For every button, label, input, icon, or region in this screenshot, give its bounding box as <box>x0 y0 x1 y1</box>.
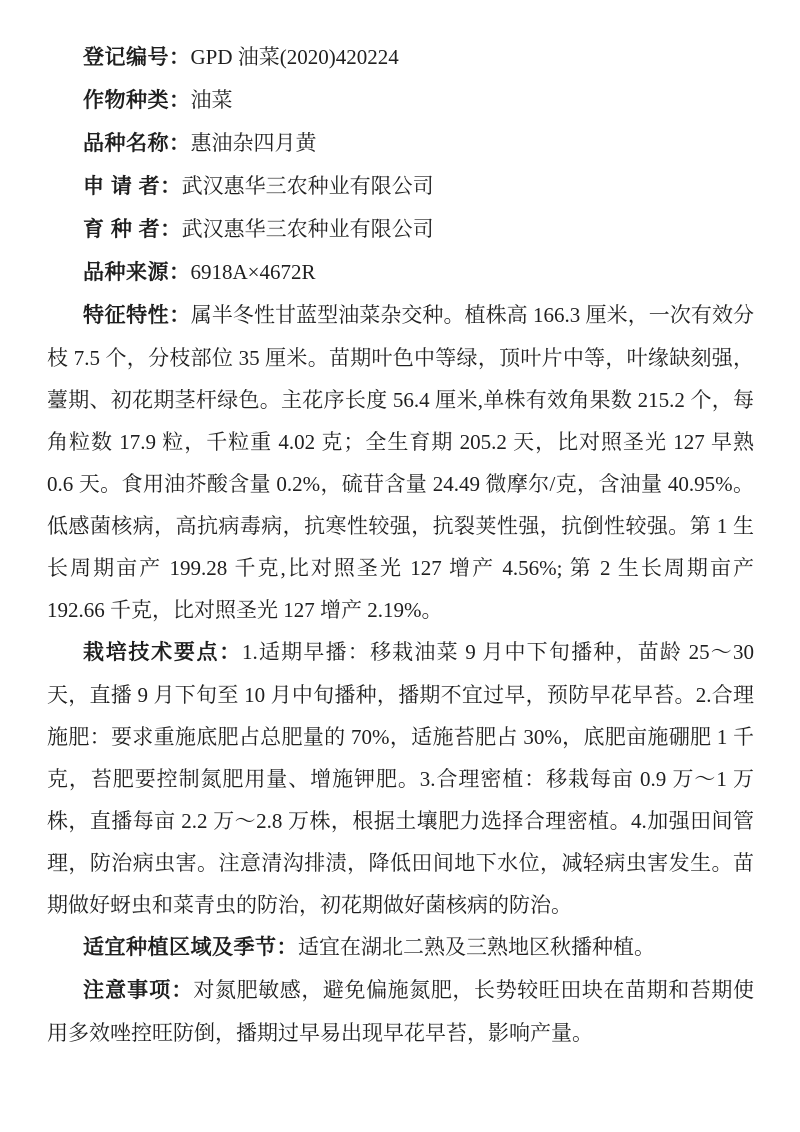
paragraph-suitable-region-text: 适宜在湖北二熟及三熟地区秋播种植。 <box>298 935 655 959</box>
field-variety-source-value: 6918A×4672R <box>191 260 316 284</box>
field-applicant-value: 武汉惠华三农种业有限公司 <box>182 174 434 198</box>
paragraph-characteristics-text: 属半冬性甘蓝型油菜杂交种。植株高 166.3 厘米，一次有效分枝 7.5 个，分… <box>47 303 754 622</box>
field-variety-source-label: 品种来源： <box>83 261 191 284</box>
field-variety-name-label: 品种名称： <box>83 132 191 155</box>
field-crop-type-label: 作物种类： <box>83 89 191 112</box>
paragraph-characteristics-label: 特征特性： <box>83 304 191 327</box>
field-registration-number-label: 登记编号： <box>83 46 191 69</box>
paragraph-suitable-region-label: 适宜种植区域及季节： <box>83 936 298 959</box>
field-applicant-label: 申 请 者： <box>83 175 182 198</box>
field-variety-name-value: 惠油杂四月黄 <box>191 131 317 155</box>
field-registration-number: 登记编号：GPD 油菜(2020)420224 <box>47 36 754 79</box>
paragraph-characteristics: 特征特性：属半冬性甘蓝型油菜杂交种。植株高 166.3 厘米，一次有效分枝 7.… <box>47 294 754 631</box>
field-registration-number-value: GPD 油菜(2020)420224 <box>191 45 399 69</box>
paragraph-cultivation-points: 栽培技术要点：1.适期早播：移栽油菜 9 月中下旬播种，苗龄 25～30 天，直… <box>47 631 754 926</box>
paragraph-notes: 注意事项：对氮肥敏感，避免偏施氮肥，长势较旺田块在苗期和苔期使用多效唑控旺防倒，… <box>47 969 754 1054</box>
field-breeder: 育 种 者：武汉惠华三农种业有限公司 <box>47 208 754 251</box>
field-applicant: 申 请 者：武汉惠华三农种业有限公司 <box>47 165 754 208</box>
paragraph-suitable-region: 适宜种植区域及季节：适宜在湖北二熟及三熟地区秋播种植。 <box>47 926 754 969</box>
field-variety-name: 品种名称：惠油杂四月黄 <box>47 122 754 165</box>
field-breeder-label: 育 种 者： <box>83 218 182 241</box>
field-crop-type: 作物种类：油菜 <box>47 79 754 122</box>
paragraph-cultivation-points-label: 栽培技术要点： <box>83 641 242 664</box>
field-breeder-value: 武汉惠华三农种业有限公司 <box>182 217 434 241</box>
field-variety-source: 品种来源：6918A×4672R <box>47 251 754 294</box>
document-page: 登记编号：GPD 油菜(2020)420224 作物种类：油菜 品种名称：惠油杂… <box>0 0 800 1132</box>
paragraph-notes-label: 注意事项： <box>83 979 193 1002</box>
field-crop-type-value: 油菜 <box>191 88 233 112</box>
paragraph-cultivation-points-text: 1.适期早播：移栽油菜 9 月中下旬播种，苗龄 25～30 天，直播 9 月下旬… <box>47 640 754 917</box>
